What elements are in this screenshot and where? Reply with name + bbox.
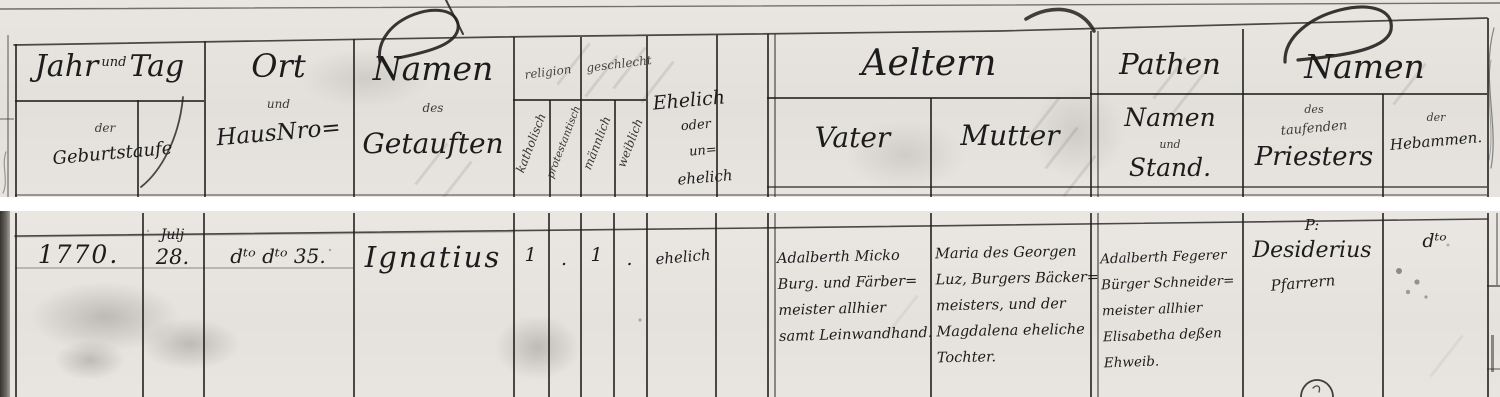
record-priester-name: Desiderius — [1242, 240, 1382, 262]
subcol-header-vater: Vater — [775, 124, 930, 152]
subcol-header-mutter: Mutter — [930, 122, 1090, 150]
col-header-ehelich: Ehelich oder un= ehelich — [644, 81, 773, 195]
column-divider — [15, 213, 17, 397]
jahr-word: Jahr — [35, 49, 99, 84]
column-divider — [646, 213, 648, 397]
column-divider — [1382, 94, 1384, 197]
record-hebamme: dᵗᵒ — [1382, 232, 1487, 251]
column-divider — [513, 213, 515, 397]
col-subheader-der: der — [60, 122, 150, 134]
rule-line — [15, 100, 204, 102]
record-mutter: Maria des GeorgenLuz, Burgers Bäcker=mei… — [935, 239, 1089, 372]
record-jahr: 1770. — [15, 242, 142, 267]
col-header-pathen-namen: Namen — [1098, 105, 1242, 130]
record-text-line: Adalberth Micko — [777, 242, 928, 272]
subcol-header-des: des — [1246, 104, 1382, 115]
record-protestantisch: . — [548, 250, 580, 269]
rule-line — [1487, 285, 1500, 287]
rule-line — [767, 186, 1487, 188]
page-edge-line — [7, 35, 9, 197]
ink-stain — [495, 315, 580, 380]
ink-stain — [55, 340, 125, 380]
col-header-jahr-tag: JahrundTag — [15, 52, 204, 82]
record-text-line: Bürger Schneider= — [1101, 268, 1240, 299]
page-binding-edge — [0, 211, 10, 397]
column-divider — [930, 213, 932, 397]
subcol-header-der: der — [1385, 112, 1487, 123]
col-header-ort-und: und — [204, 98, 353, 110]
record-ort-hausnr: dᵗᵒ dᵗᵒ 35. — [203, 246, 353, 266]
column-divider — [353, 213, 355, 397]
scan-gap — [0, 197, 1500, 211]
col-header-namen: Namen — [353, 52, 513, 85]
column-divider — [1090, 31, 1092, 197]
record-monat: Julj — [142, 228, 203, 242]
subcol-header-priesters: Priesters — [1246, 144, 1382, 170]
rule-line — [0, 118, 14, 120]
record-maennlich: 1 — [580, 246, 613, 265]
record-text-line: samt Leinwandhand. — [779, 320, 930, 350]
und-word: und — [101, 55, 126, 70]
column-divider — [548, 213, 550, 397]
col-header-ort: Ort — [204, 50, 353, 82]
record-pathen: Adalberth FegererBürger Schneider=meiste… — [1100, 242, 1242, 377]
page-edge-mark — [1491, 335, 1494, 372]
record-text-line: Ehweib. — [1103, 346, 1242, 377]
page-edge-line — [1496, 213, 1498, 285]
column-divider — [1090, 213, 1092, 397]
baptismal-register-scan: JahrundTag der Geburtstaufe Ort und Haus… — [0, 0, 1500, 397]
tag-word: Tag — [129, 49, 184, 84]
record-text-line: Luz, Burgers Bäcker= — [935, 265, 1087, 294]
record-text-line: meisters, und der — [936, 291, 1088, 320]
record-tag: 28. — [142, 247, 203, 268]
group-header-aeltern: Aeltern — [768, 46, 1090, 82]
record-taufname: Ignatius — [353, 243, 513, 272]
column-divider — [774, 213, 776, 397]
record-text-line: Tochter. — [937, 343, 1089, 372]
col-header-des: des — [353, 102, 513, 114]
record-vater: Adalberth MickoBurg. und Färber=meister … — [777, 242, 930, 350]
ink-stain — [140, 318, 240, 370]
record-text-line: Maria des Georgen — [935, 239, 1087, 268]
column-divider — [1097, 213, 1099, 397]
record-priester-p: P: — [1242, 218, 1382, 233]
col-header-pathen-und: und — [1098, 139, 1242, 150]
column-divider — [580, 213, 582, 397]
record-text-line: meister allhier — [778, 294, 929, 324]
record-text-line: Magdalena eheliche — [936, 317, 1088, 346]
column-divider — [613, 213, 615, 397]
col-header-getauften: Getauften — [353, 130, 513, 158]
rule-line — [15, 194, 1487, 196]
table-right-border — [1487, 18, 1489, 197]
rule-line — [767, 97, 1090, 99]
record-katholisch: 1 — [513, 246, 548, 265]
record-text-line: Burg. und Färber= — [777, 268, 928, 298]
rule-line — [1090, 93, 1487, 95]
column-divider — [767, 213, 769, 397]
col-header-pathen: Pathen — [1098, 50, 1242, 79]
column-divider — [203, 213, 205, 397]
group-header-namen-rechts: Namen — [1242, 50, 1487, 83]
record-text-line: Elisabetha deßen — [1102, 320, 1241, 351]
col-header-pathen-stand: Stand. — [1098, 155, 1242, 180]
column-divider — [715, 213, 717, 397]
rule-line — [1487, 368, 1500, 370]
